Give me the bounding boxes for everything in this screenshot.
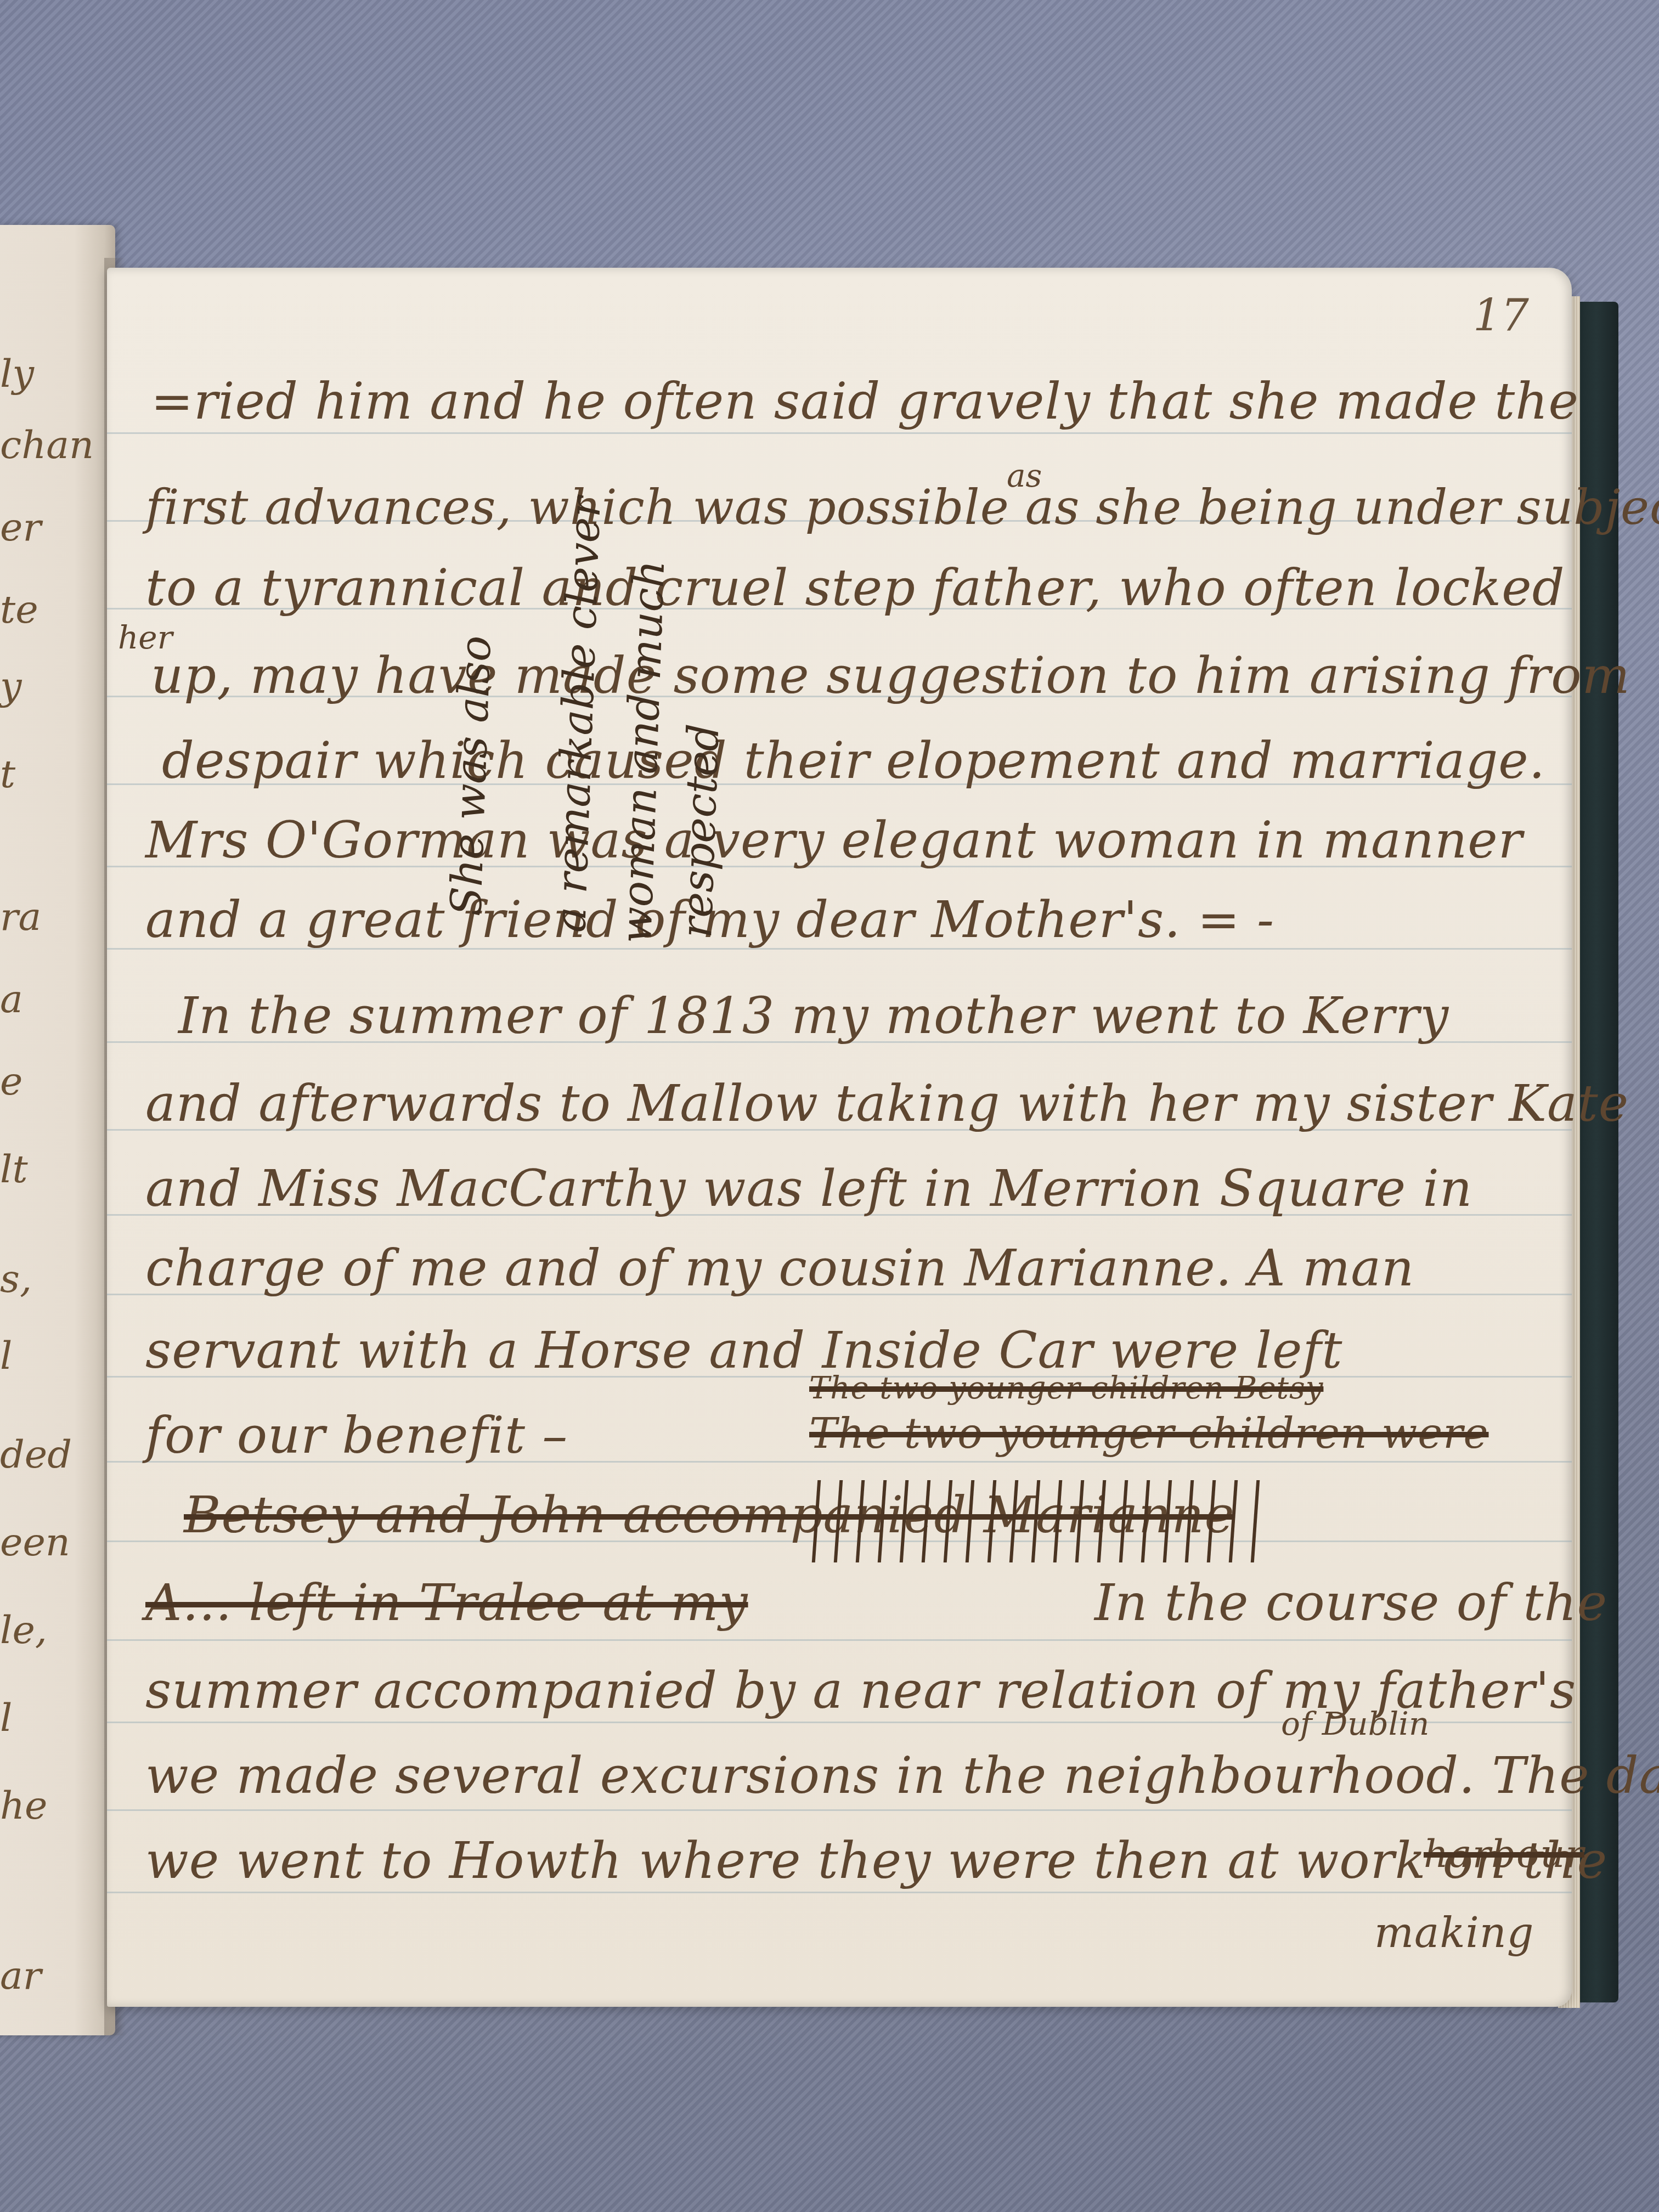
cancellation-strokes bbox=[815, 1475, 1257, 1562]
manuscript-line: we went to Howth where they were then at… bbox=[145, 1831, 1607, 1890]
manuscript-line: =ried him and he often said gravely that… bbox=[151, 372, 1579, 431]
left-page-text: ded bbox=[0, 1432, 72, 1477]
left-page-text: l bbox=[0, 1333, 12, 1378]
struck-text: harbour bbox=[1424, 1831, 1584, 1876]
manuscript-line: and afterwards to Mallow taking with her… bbox=[145, 1074, 1629, 1133]
manuscript-line: making bbox=[1374, 1908, 1534, 1957]
superscript-insertion: as bbox=[1007, 457, 1042, 494]
left-page-text: he bbox=[0, 1783, 48, 1828]
manuscript-line: charge of me and of my cousin Marianne. … bbox=[145, 1239, 1414, 1297]
left-page-text: lt bbox=[0, 1147, 28, 1192]
manuscript-line: despair which caused their elopement and… bbox=[162, 731, 1545, 790]
manuscript-line: up, may have made some suggestion to him… bbox=[151, 646, 1630, 705]
left-page-text: l bbox=[0, 1695, 12, 1740]
manuscript-line: Mrs O'Gorman was a very elegant woman in… bbox=[145, 811, 1523, 870]
left-page-text: ra bbox=[0, 894, 41, 939]
superscript-insertion: of Dublin bbox=[1281, 1705, 1429, 1742]
right-page: 17 =ried him and he often said gravely t… bbox=[107, 268, 1572, 2007]
left-page-text: ly bbox=[0, 351, 34, 396]
left-page: ly chan er te y t ra a e lt s, l ded een… bbox=[0, 225, 115, 2035]
page-number: 17 bbox=[1473, 290, 1529, 341]
struck-text: A... left in Tralee at my bbox=[145, 1573, 748, 1632]
left-page-text: le, bbox=[0, 1607, 47, 1652]
manuscript-line: In the course of the bbox=[1094, 1573, 1607, 1632]
vertical-note: She was also bbox=[442, 635, 501, 917]
struck-insertion: The two younger children Betsy bbox=[809, 1370, 1323, 1406]
left-page-text: a bbox=[0, 977, 23, 1022]
left-page-text: te bbox=[0, 587, 38, 632]
left-page-text: chan bbox=[0, 422, 94, 467]
manuscript-line: to a tyrannical and cruel step father, w… bbox=[145, 558, 1565, 617]
manuscript-line: first advances, which was possible as sh… bbox=[145, 479, 1659, 535]
struck-text: The two younger children were bbox=[809, 1409, 1489, 1458]
ruled-line bbox=[107, 1892, 1572, 1893]
ruled-line bbox=[107, 432, 1572, 434]
left-page-text: een bbox=[0, 1520, 70, 1565]
left-page-text: ar bbox=[0, 1953, 41, 1998]
vertical-note: respected bbox=[672, 723, 729, 939]
left-page-text: s, bbox=[0, 1256, 32, 1301]
ruled-line bbox=[107, 1809, 1572, 1811]
left-page-text: er bbox=[0, 505, 41, 550]
ruled-line bbox=[107, 1639, 1572, 1641]
manuscript-line: we made several excursions in the neighb… bbox=[145, 1746, 1659, 1805]
left-page-text: y bbox=[0, 664, 22, 709]
left-page-text: e bbox=[0, 1059, 22, 1104]
left-page-text: t bbox=[0, 752, 15, 797]
manuscript-line: and Miss MacCarthy was left in Merrion S… bbox=[145, 1159, 1472, 1218]
manuscript-line: In the summer of 1813 my mother went to … bbox=[178, 986, 1449, 1045]
manuscript-line: for our benefit – bbox=[145, 1406, 568, 1465]
